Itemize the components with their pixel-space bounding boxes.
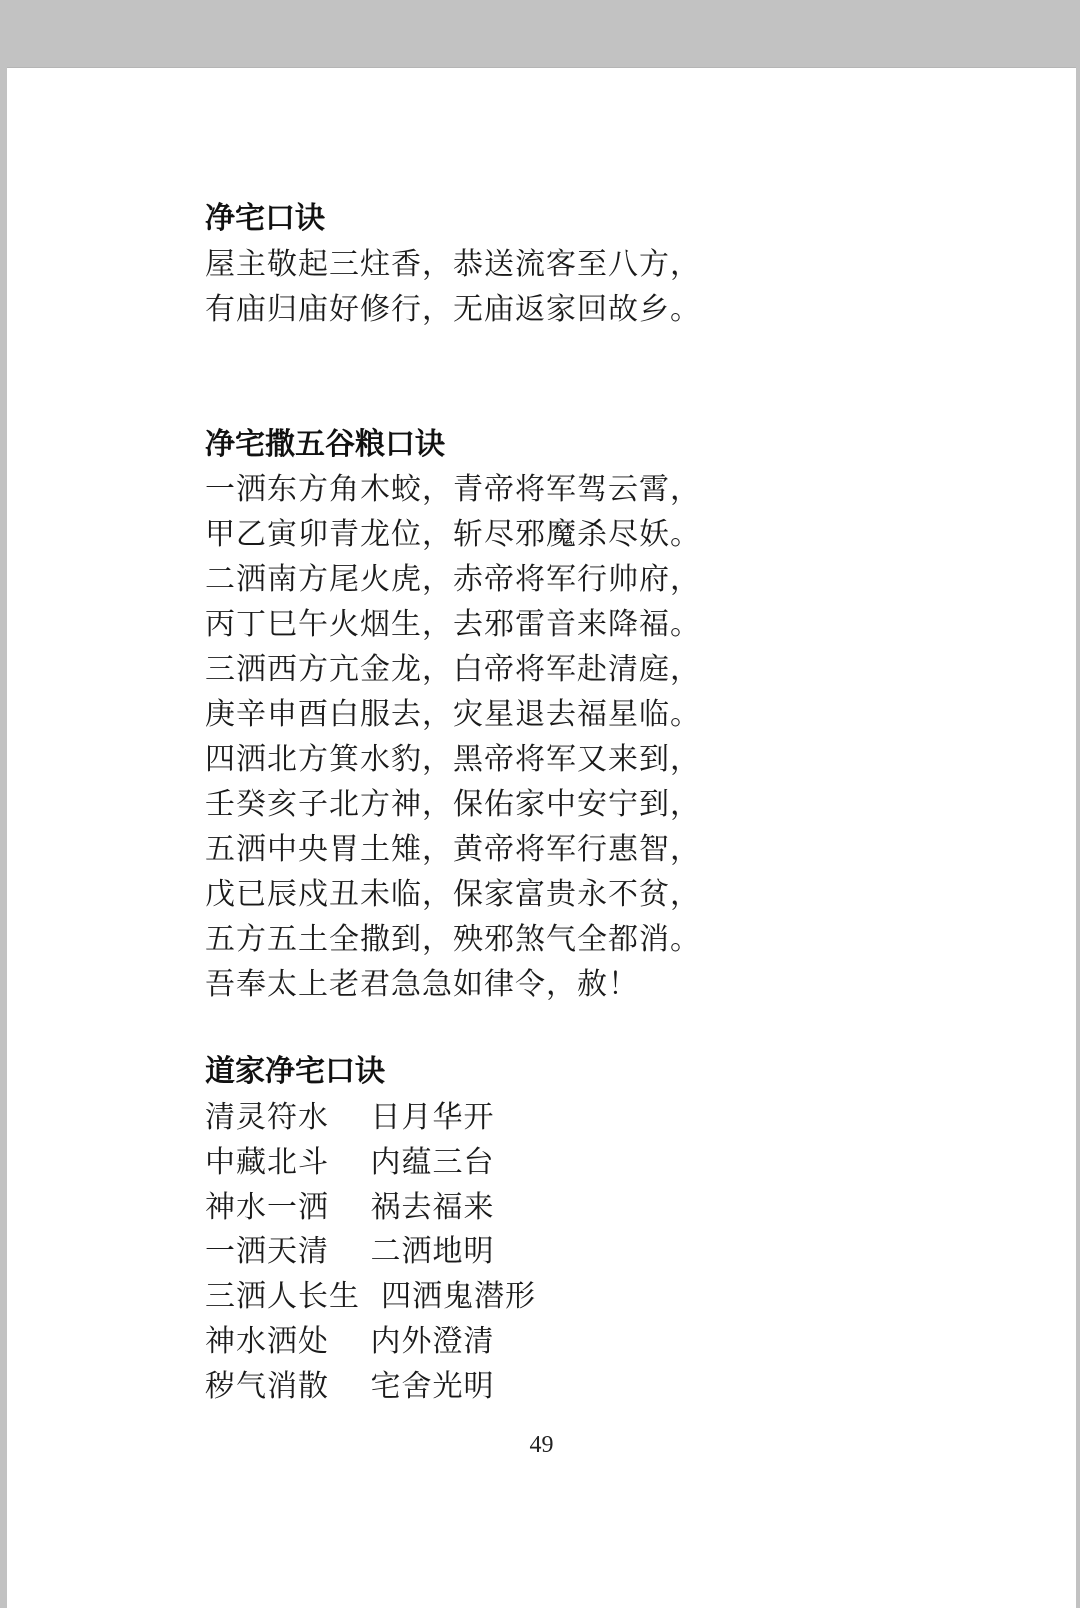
verse-line: 二洒南方尾火虎，赤帝将军行帅府， [205,562,701,598]
verse-line: 甲乙寅卯青龙位，斩尽邪魔杀尽妖。 [205,517,701,553]
verse-line: 丙丁巳午火烟生，去邪雷音来降福。 [205,607,701,643]
section-title-sa-wugu-koujue: 净宅撒五谷粮口诀 [205,427,445,463]
verse-line: 四洒北方箕水豹，黑帝将军又来到， [205,742,701,778]
verse-line: 三洒西方亢金龙，白帝将军赴清庭， [205,652,701,688]
verse-line: 一洒东方角木蛟，青帝将军驾云霄， [205,472,701,508]
verse-line: 五洒中央胃土雉，黄帝将军行惠智， [205,832,701,868]
verse-line: 一洒天清 二洒地明 [205,1234,495,1270]
verse-line: 有庙归庙好修行，无庙返家回故乡。 [205,292,701,328]
verse-line: 秽气消散 宅舍光明 [205,1369,495,1405]
verse-line: 吾奉太上老君急急如律令，赦！ [205,967,639,1003]
page-number: 49 [7,1432,1076,1459]
book-page: 净宅口诀 屋主敬起三炷香，恭送流客至八方， 有庙归庙好修行，无庙返家回故乡。 净… [7,67,1076,1608]
section-title-jingzhai-koujue: 净宅口诀 [205,201,325,237]
verse-line: 庚辛申酉白服去，灾星退去福星临。 [205,697,701,733]
verse-line: 壬癸亥子北方神，保佑家中安宁到， [205,787,701,823]
verse-line: 中藏北斗 内蕴三台 [205,1145,495,1181]
verse-line: 戊已辰戍丑未临，保家富贵永不贫， [205,877,701,913]
verse-line: 神水一洒 祸去福来 [205,1190,495,1226]
verse-line: 清灵符水 日月华开 [205,1100,495,1136]
verse-line: 五方五土全撒到，殃邪煞气全都消。 [205,922,701,958]
verse-line: 屋主敬起三炷香，恭送流客至八方， [205,247,701,283]
section-title-daojia-jingzhai-koujue: 道家净宅口诀 [205,1054,385,1090]
verse-line: 三洒人长生 四洒鬼潜形 [205,1279,536,1315]
verse-line: 神水洒处 内外澄清 [205,1324,495,1360]
